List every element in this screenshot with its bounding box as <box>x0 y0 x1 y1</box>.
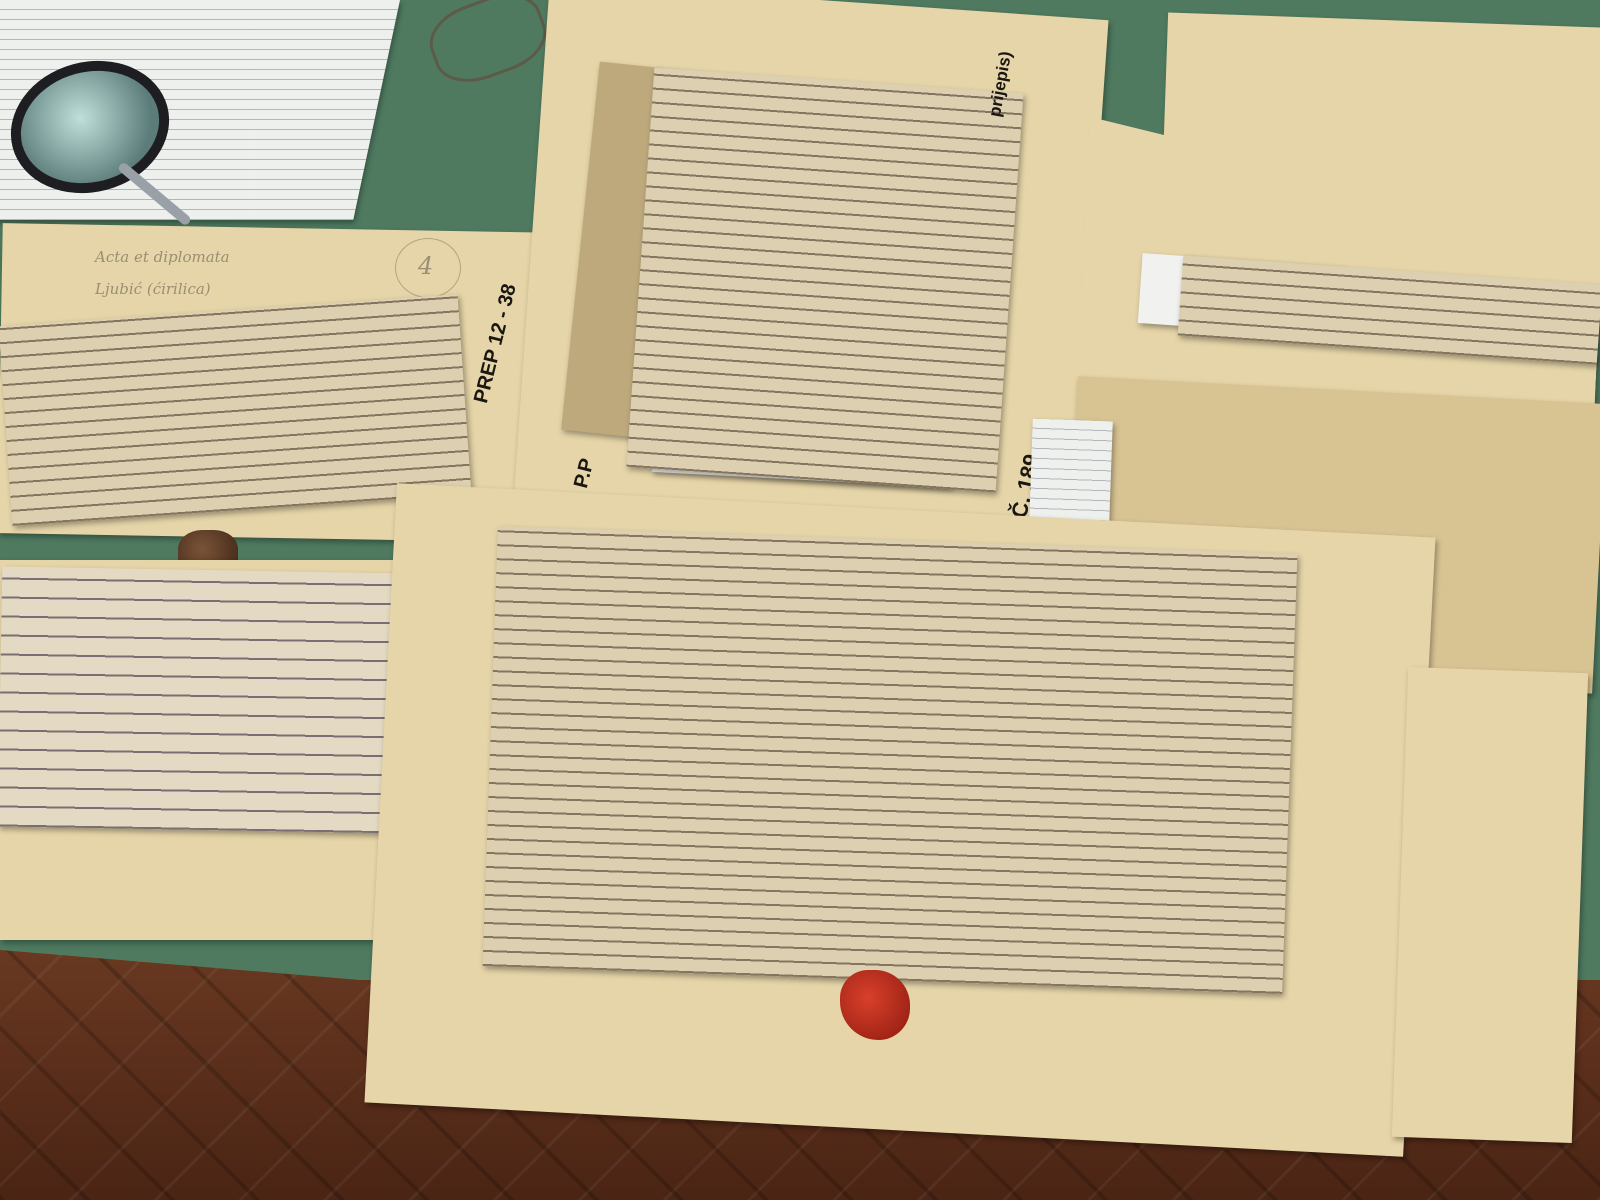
latin-charter <box>0 566 412 833</box>
circle-number: 4 <box>418 252 433 280</box>
magnifier-handle <box>117 161 192 227</box>
envelope-flap-right <box>1392 667 1588 1143</box>
pencil-note-line1: Acta et diplomata <box>95 248 230 266</box>
magnifier-lens-icon <box>0 44 184 211</box>
photo-scene: Acta et diplomata Ljubić (ćirilica) 4 PR… <box>0 0 1600 1200</box>
cyrillic-charter-upper <box>626 68 1023 493</box>
pencil-note-line2: Ljubić (ćirilica) <box>95 280 211 298</box>
cyrillic-charter-large <box>483 526 1298 994</box>
magnifying-glass <box>0 0 220 240</box>
